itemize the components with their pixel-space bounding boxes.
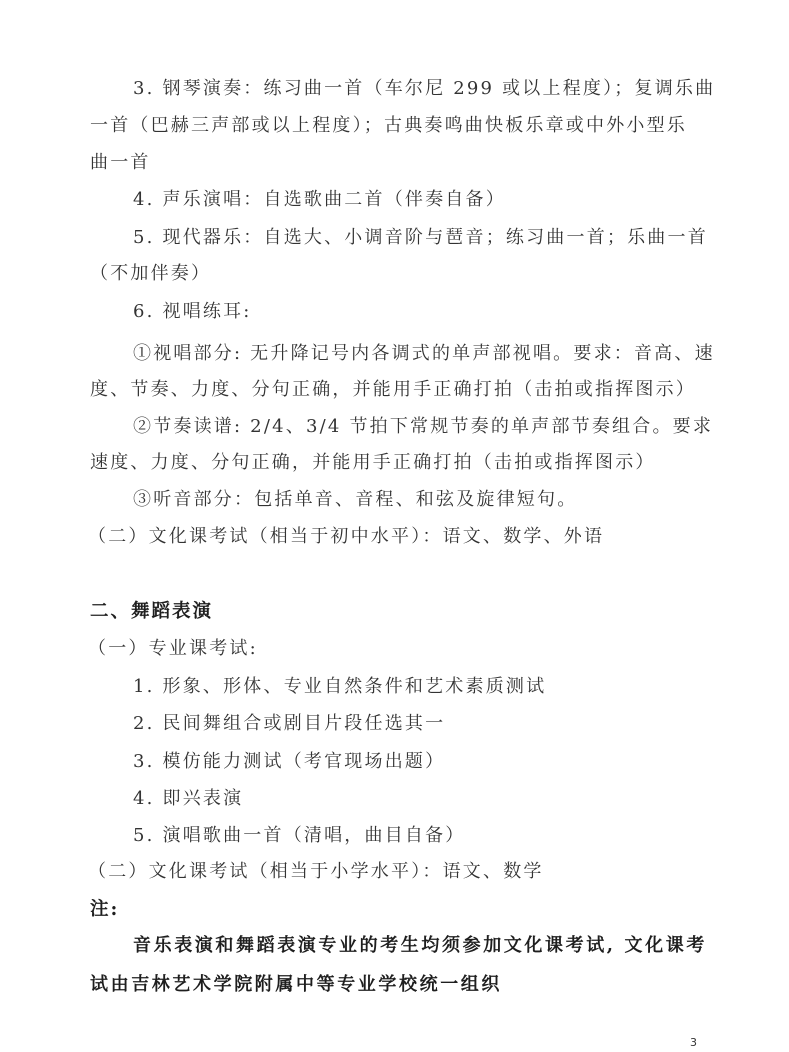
music-culture-exam-line: （二）文化课考试（相当于初中水平）：语文、数学、外语 — [88, 526, 604, 548]
note-label: 注: — [90, 899, 119, 921]
piano-performance-line-3: 曲一首 — [90, 152, 151, 174]
dance-professional-exam-line: （一）专业课考试: — [88, 638, 258, 660]
piano-performance-line-1: 3. 钢琴演奏：练习曲一首（车尔尼 299 或以上程度）；复调乐曲 — [133, 78, 715, 100]
document-page: 3. 钢琴演奏：练习曲一首（车尔尼 299 或以上程度）；复调乐曲 一首（巴赫三… — [0, 0, 789, 1052]
modern-instrument-line-1: 5. 现代器乐：自选大、小调音阶与琶音；练习曲一首；乐曲一首 — [133, 227, 708, 249]
modern-instrument-line-2: （不加伴奏） — [90, 263, 211, 285]
sight-singing-line-2: 度、节奏、力度、分句正确，并能用手正确打拍（击拍或指挥图示） — [90, 379, 696, 401]
note-line-2: 试由吉林艺术学院附属中等专业学校统一组织 — [90, 974, 502, 996]
dance-item-3: 3. 模仿能力测试（考官现场出题） — [133, 751, 445, 773]
dance-section-heading: 二、舞蹈表演 — [90, 601, 213, 623]
sight-singing-ear-training-title: 6. 视唱练耳: — [133, 301, 252, 323]
page-number: 3 — [690, 1036, 697, 1049]
rhythm-reading-line-1: ②节奏读谱: 2/4、3/4 节拍下常规节奏的单声部节奏组合。要求 — [133, 416, 713, 438]
note-line-1: 音乐表演和舞蹈表演专业的考生均须参加文化课考试, 文化课考 — [133, 935, 707, 957]
dance-item-5: 5. 演唱歌曲一首（清唱，曲目自备） — [133, 825, 466, 847]
dance-item-1: 1. 形象、形体、专业自然条件和艺术素质测试 — [133, 676, 546, 698]
vocal-performance-line: 4. 声乐演唱：自选歌曲二首（伴奏自备） — [133, 189, 506, 211]
piano-performance-line-2: 一首（巴赫三声部或以上程度）；古典奏鸣曲快板乐章或中外小型乐 — [90, 115, 687, 137]
dance-culture-exam-line: （二）文化课考试（相当于小学水平）：语文、数学 — [88, 861, 544, 883]
rhythm-reading-line-2: 速度、力度、分句正确，并能用手正确打拍（击拍或指挥图示） — [90, 452, 656, 474]
ear-training-line: ③听音部分：包括单音、音程、和弦及旋律短句。 — [133, 489, 577, 511]
dance-item-2: 2. 民间舞组合或剧目片段任选其一 — [133, 713, 445, 735]
sight-singing-line-1: ①视唱部分: 无升降记号内各调式的单声部视唱。要求：音高、速 — [133, 343, 715, 365]
dance-item-4: 4. 即兴表演 — [133, 788, 243, 810]
